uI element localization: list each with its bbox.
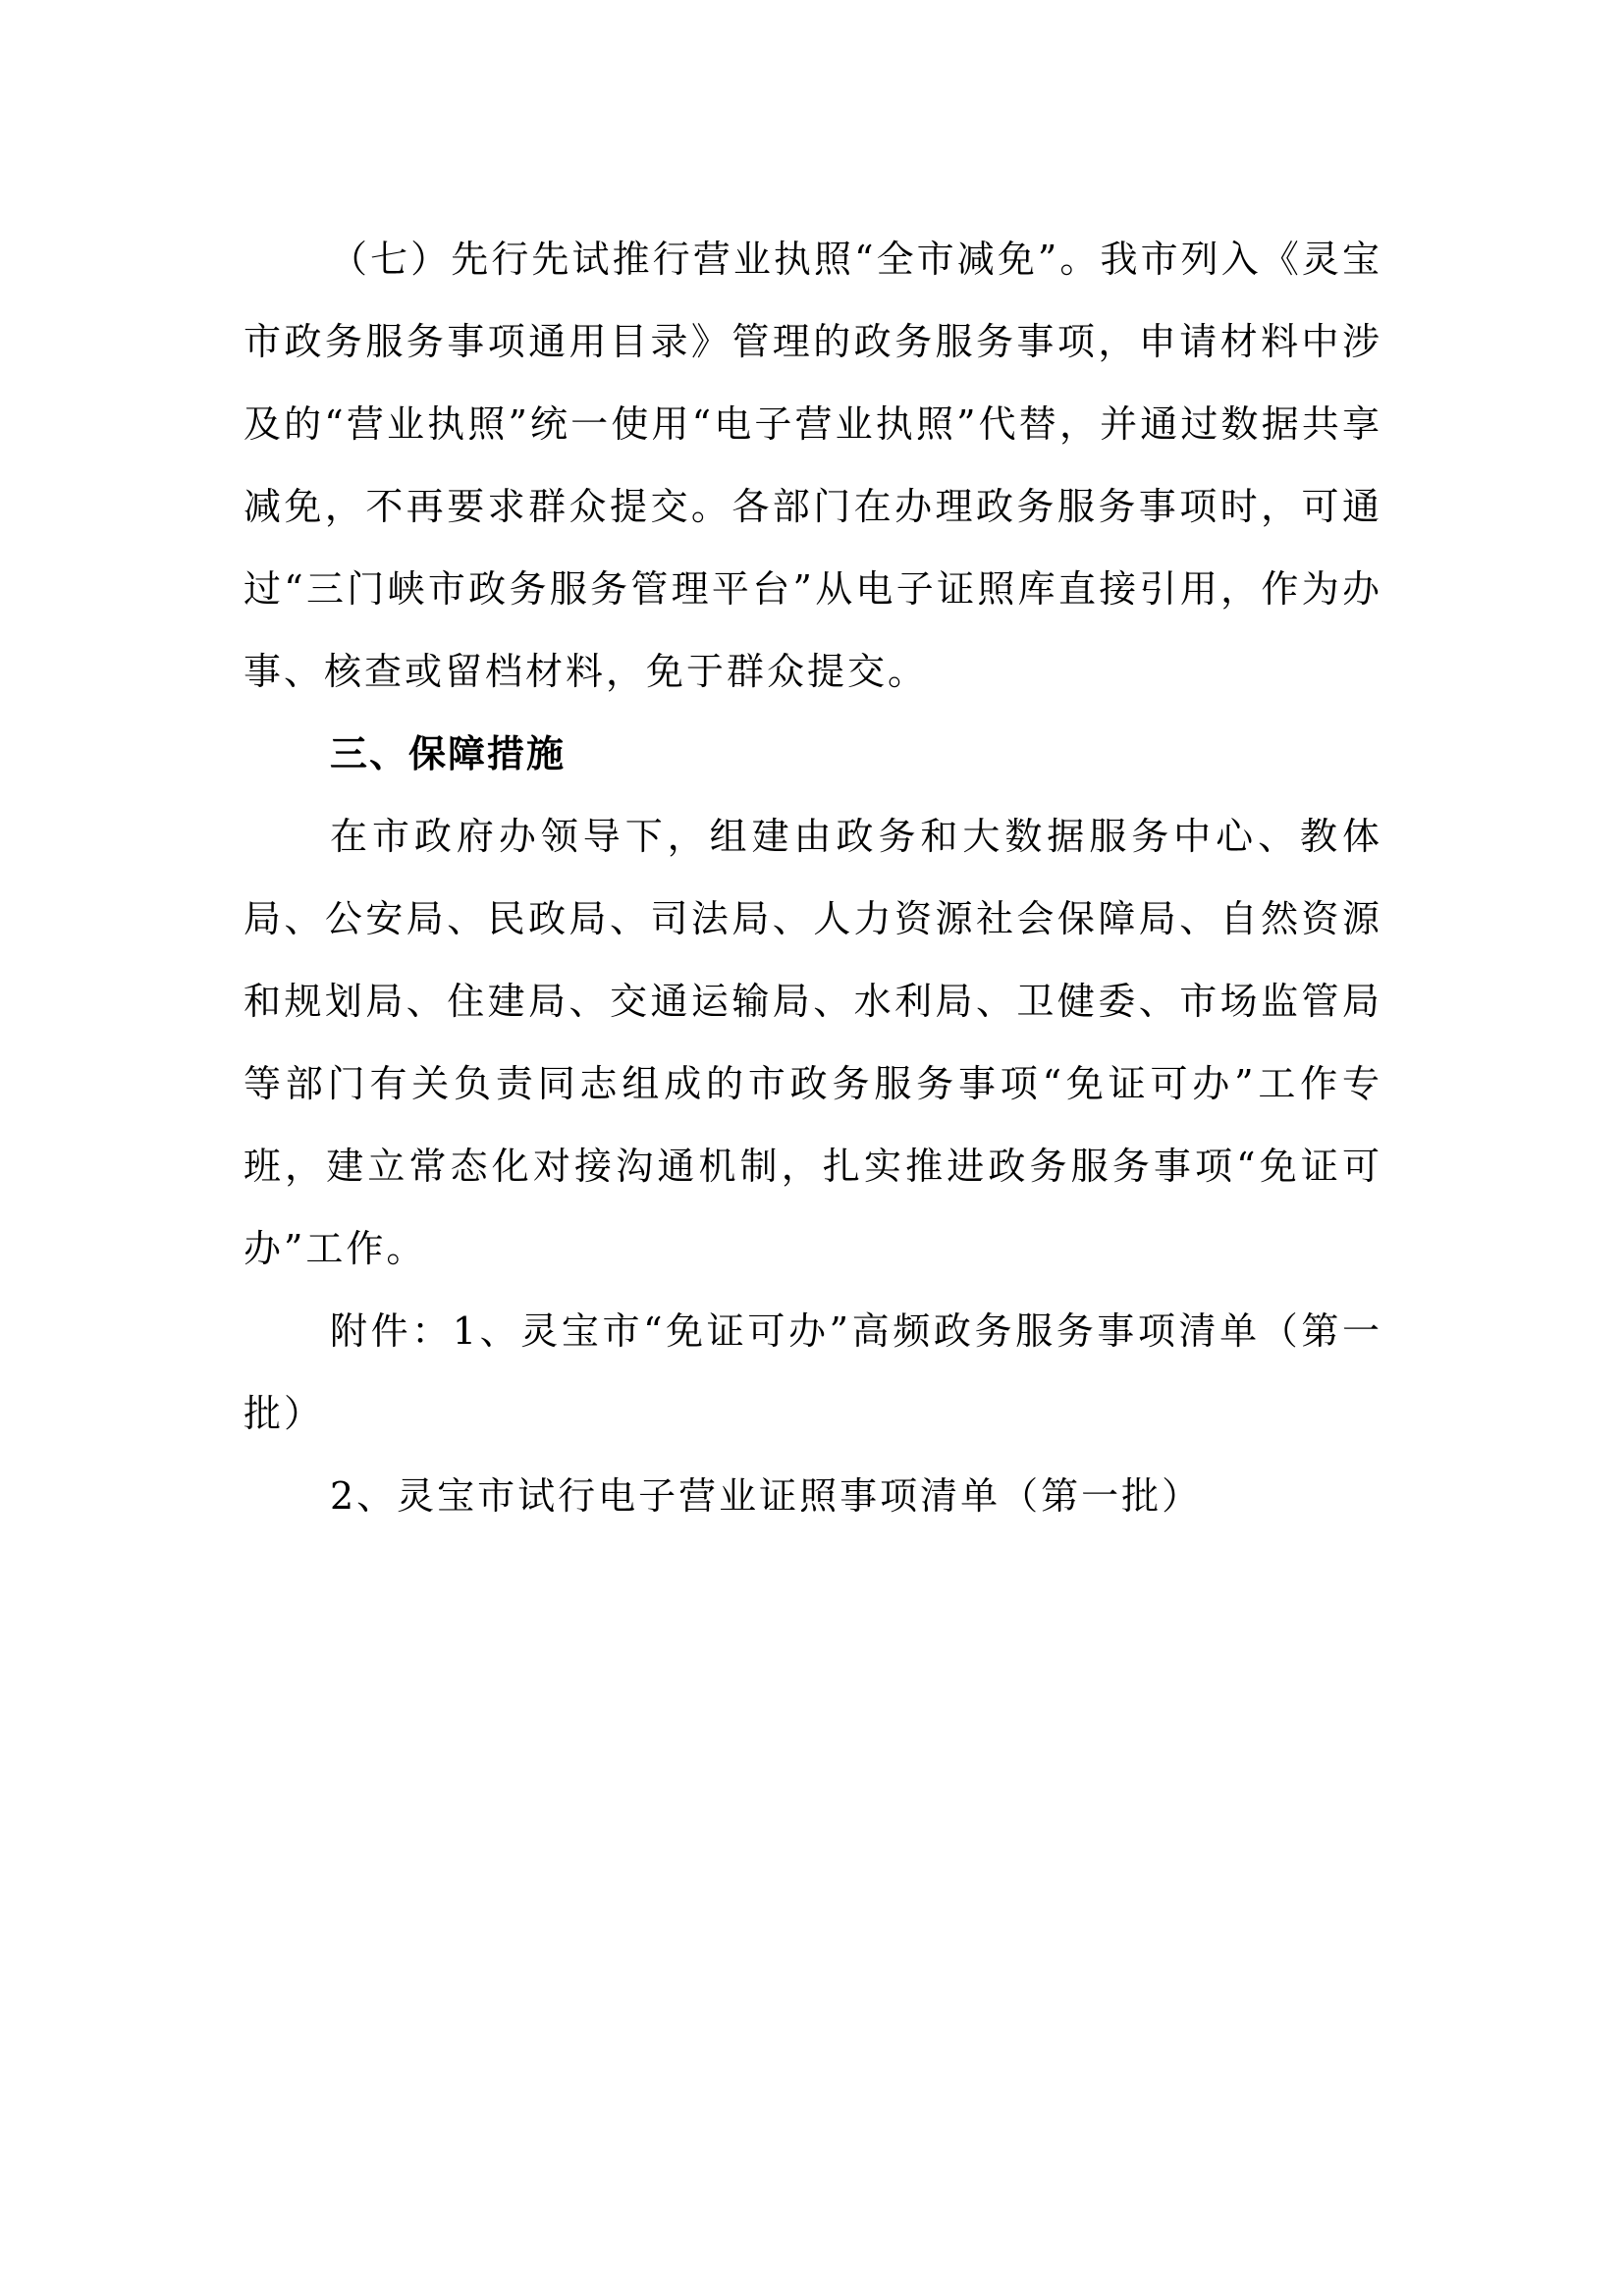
document-page: （七）先行先试推行营业执照“全市减免”。我市列入《灵宝市政务服务事项通用目录》管… <box>244 218 1382 1537</box>
attachment-item-1: 附件：1、灵宝市“免证可办”高频政务服务事项清单（第一批） <box>244 1290 1382 1455</box>
paragraph-business-license-reduction: （七）先行先试推行营业执照“全市减免”。我市列入《灵宝市政务服务事项通用目录》管… <box>244 218 1382 713</box>
paragraph-work-task-force: 在市政府办领导下，组建由政务和大数据服务中心、教体局、公安局、民政局、司法局、人… <box>244 795 1382 1290</box>
section-heading-safeguards: 三、保障措施 <box>244 713 1382 795</box>
attachment-item-2: 2、灵宝市试行电子营业证照事项清单（第一批） <box>244 1455 1382 1537</box>
